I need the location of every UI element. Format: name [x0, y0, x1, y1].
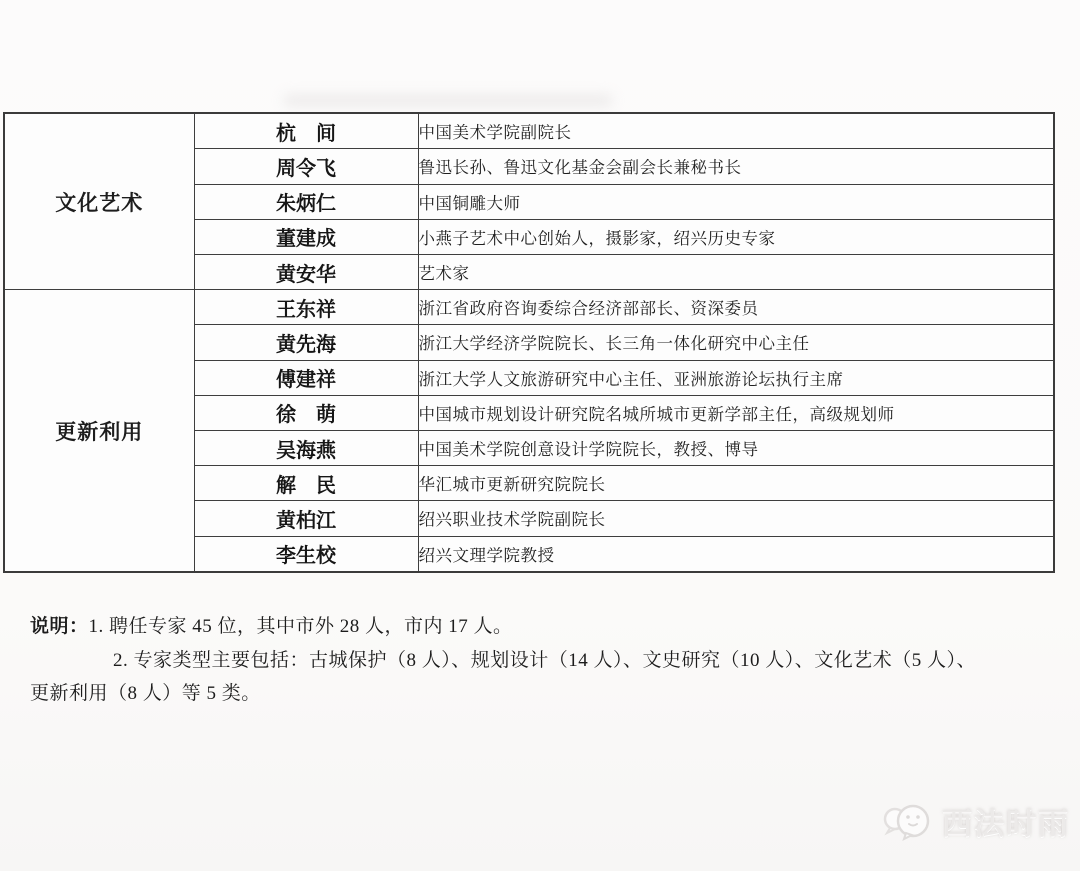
category-cell-renewal-use: 更新利用: [4, 290, 194, 572]
expert-title: 中国城市规划设计研究院名城所城市更新学部主任，高级规划师: [418, 395, 1054, 430]
expert-name: 黄先海: [194, 325, 418, 360]
expert-name: 徐 萌: [194, 395, 418, 430]
expert-name: 董建成: [194, 219, 418, 254]
scan-smudge-artifact: [283, 94, 613, 107]
note-line-3: 更新利用（8 人）等 5 类。: [30, 677, 1060, 711]
expert-name: 傅建祥: [194, 360, 418, 395]
note-2-text: 2. 专家类型主要包括：古城保护（8 人）、规划设计（14 人）、文史研究（10…: [113, 650, 976, 671]
expert-title: 绍兴文理学院教授: [418, 536, 1054, 572]
expert-name: 吴海燕: [194, 430, 418, 465]
watermark-text: 西法时雨: [942, 799, 1070, 843]
expert-name: 周令飞: [194, 149, 418, 184]
expert-title: 中国美术学院创意设计学院院长，教授、博导: [418, 430, 1054, 465]
expert-title: 鲁迅长孙、鲁迅文化基金会副会长兼秘书长: [418, 149, 1054, 184]
expert-title: 浙江大学经济学院院长、长三角一体化研究中心主任: [418, 325, 1054, 360]
notes-block: 说明：1. 聘任专家 45 位，其中市外 28 人，市内 17 人。 2. 专家…: [30, 610, 1060, 711]
expert-title: 华汇城市更新研究院院长: [418, 466, 1054, 501]
expert-name: 朱炳仁: [194, 184, 418, 219]
expert-title: 中国美术学院副院长: [418, 113, 1054, 149]
watermark-logo-icon: [882, 799, 934, 843]
note-3-text: 更新利用（8 人）等 5 类。: [30, 683, 261, 704]
expert-title: 中国铜雕大师: [418, 184, 1054, 219]
expert-title: 小燕子艺术中心创始人，摄影家，绍兴历史专家: [418, 219, 1054, 254]
expert-name: 黄柏江: [194, 501, 418, 536]
expert-title: 浙江省政府咨询委综合经济部部长、资深委员: [418, 290, 1054, 325]
expert-name: 黄安华: [194, 254, 418, 289]
expert-name: 杭 间: [194, 113, 418, 149]
table-row: 文化艺术 杭 间 中国美术学院副院长: [4, 113, 1054, 149]
note-line-2: 2. 专家类型主要包括：古城保护（8 人）、规划设计（14 人）、文史研究（10…: [30, 644, 1060, 678]
watermark: 西法时雨: [882, 798, 1070, 844]
expert-name: 王东祥: [194, 290, 418, 325]
expert-name: 解 民: [194, 466, 418, 501]
note-line-1: 说明：1. 聘任专家 45 位，其中市外 28 人，市内 17 人。: [30, 610, 1060, 644]
experts-table: 文化艺术 杭 间 中国美术学院副院长 周令飞 鲁迅长孙、鲁迅文化基金会副会长兼秘…: [3, 112, 1055, 573]
expert-name: 李生校: [194, 536, 418, 572]
expert-title: 艺术家: [418, 254, 1054, 289]
category-cell-culture-art: 文化艺术: [4, 113, 194, 290]
notes-label: 说明：: [30, 616, 89, 637]
note-1-text: 1. 聘任专家 45 位，其中市外 28 人，市内 17 人。: [89, 616, 513, 637]
expert-title: 绍兴职业技术学院副院长: [418, 501, 1054, 536]
table-row: 更新利用 王东祥 浙江省政府咨询委综合经济部部长、资深委员: [4, 290, 1054, 325]
expert-title: 浙江大学人文旅游研究中心主任、亚洲旅游论坛执行主席: [418, 360, 1054, 395]
